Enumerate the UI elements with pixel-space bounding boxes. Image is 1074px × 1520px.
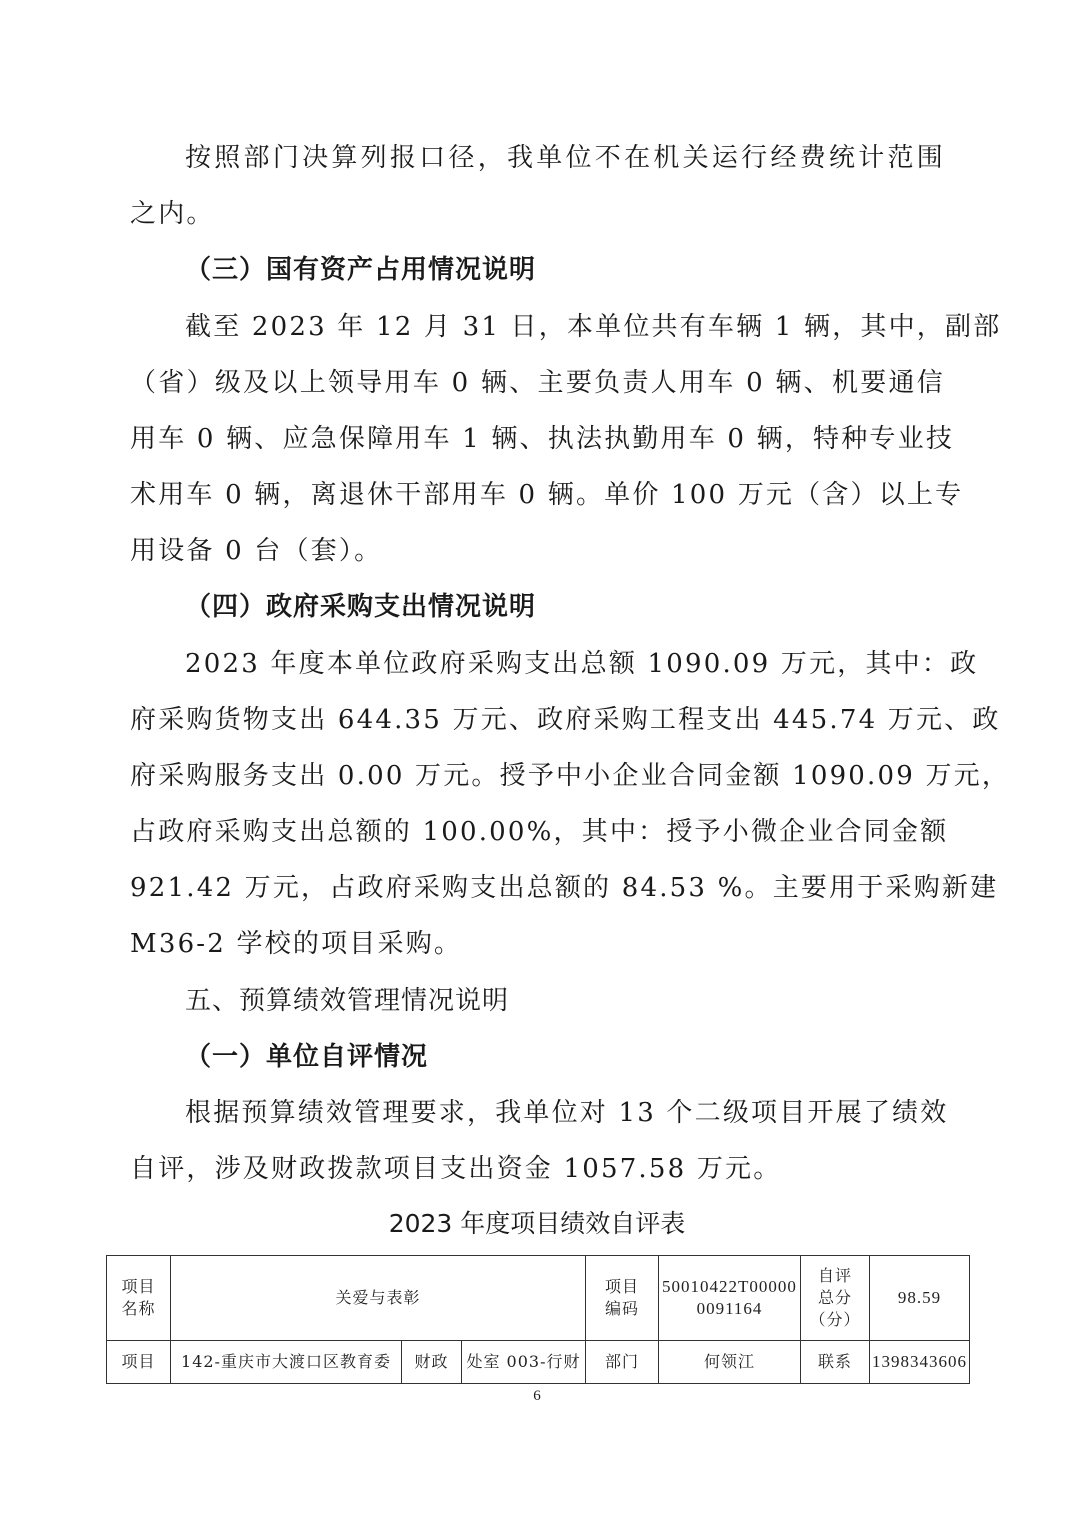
table-cell: 项目 [107,1341,171,1384]
table-title: 2023 年度项目绩效自评表 [0,1207,1074,1241]
table-cell: 何领江 [659,1341,801,1384]
project-name-value: 关爱与表彰 [171,1256,586,1341]
project-name-label: 项目 名称 [107,1256,171,1341]
paragraph-line: 府采购服务支出 0.00 万元。授予中小企业合同金额 1090.09 万元， [130,759,945,793]
paragraph-line: 2023 年度本单位政府采购支出总额 1090.09 万元，其中：政 [185,647,945,681]
section-heading-assets: （三）国有资产占用情况说明 [185,253,945,287]
total-score-label: 自评 总分 （分） [801,1256,870,1341]
table-cell: 处室 003-行财 [462,1341,586,1384]
page-number: 6 [0,1388,1074,1405]
table-cell: 142-重庆市大渡口区教育委 [171,1341,402,1384]
section-heading-performance: 五、预算绩效管理情况说明 [185,984,945,1018]
paragraph-line: 自评，涉及财政拨款项目支出资金 1057.58 万元。 [130,1152,945,1186]
subsection-heading-self-eval: （一）单位自评情况 [185,1040,945,1074]
self-evaluation-table: 项目 名称 关爱与表彰 项目 编码 50010422T00000 0091164… [106,1255,970,1384]
table-cell: 联系 [801,1341,870,1384]
paragraph-line: （省）级及以上领导用车 0 辆、主要负责人用车 0 辆、机要通信 [130,366,945,400]
paragraph-line: 之内。 [130,197,945,231]
paragraph-line: 府采购货物支出 644.35 万元、政府采购工程支出 445.74 万元、政 [130,703,945,737]
paragraph-line: 按照部门决算列报口径，我单位不在机关运行经费统计范围 [185,141,945,175]
project-code-label: 项目 编码 [586,1256,659,1341]
section-heading-procurement: （四）政府采购支出情况说明 [185,590,945,624]
paragraph-line: M36-2 学校的项目采购。 [130,927,945,961]
paragraph-line: 用设备 0 台（套）。 [130,534,945,568]
paragraph-line: 术用车 0 辆，离退休干部用车 0 辆。单价 100 万元（含）以上专 [130,478,945,512]
paragraph-line: 占政府采购支出总额的 100.00%，其中：授予小微企业合同金额 [130,815,945,849]
paragraph-line: 921.42 万元，占政府采购支出总额的 84.53 %。主要用于采购新建 [130,871,945,905]
table-cell: 1398343606 [870,1341,970,1384]
total-score-value: 98.59 [870,1256,970,1341]
table-cell: 财政 [402,1341,462,1384]
table-cell: 部门 [586,1341,659,1384]
document-page: 按照部门决算列报口径，我单位不在机关运行经费统计范围 之内。 （三）国有资产占用… [0,0,1074,1520]
paragraph-line: 截至 2023 年 12 月 31 日，本单位共有车辆 1 辆，其中，副部 [185,310,945,344]
paragraph-line: 根据预算绩效管理要求，我单位对 13 个二级项目开展了绩效 [185,1096,945,1130]
project-code-value: 50010422T00000 0091164 [659,1256,801,1341]
table-row: 项目 名称 关爱与表彰 项目 编码 50010422T00000 0091164… [107,1256,970,1341]
table-row: 项目 142-重庆市大渡口区教育委 财政 处室 003-行财 部门 何领江 联系… [107,1341,970,1384]
paragraph-line: 用车 0 辆、应急保障用车 1 辆、执法执勤用车 0 辆，特种专业技 [130,422,945,456]
